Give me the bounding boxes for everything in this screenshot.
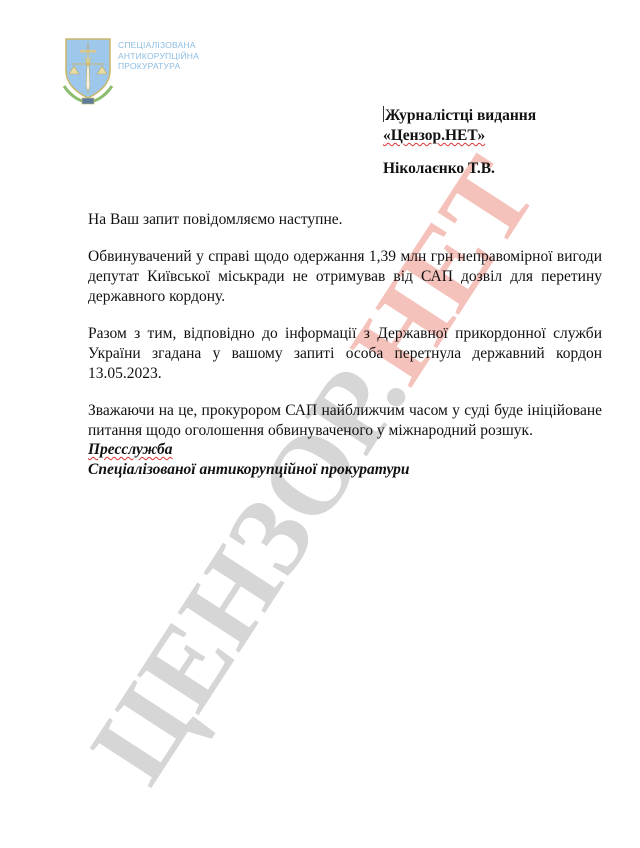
paragraph-2: Обвинувачений у справі щодо одержання 1,… xyxy=(88,247,602,307)
letter-body: На Ваш запит повідомляємо наступне. Обви… xyxy=(88,210,602,458)
addressee-block: Журналістці видання «Цензор.НЕТ» xyxy=(383,106,536,146)
signature-line-1: Пресслужба xyxy=(88,441,173,458)
logo-line-1: СПЕЦІАЛІЗОВАНА xyxy=(118,40,199,51)
paragraph-1: На Ваш запит повідомляємо наступне. xyxy=(88,210,602,230)
text-cursor xyxy=(383,106,384,122)
logo-line-3: ПРОКУРАТУРА xyxy=(118,61,199,72)
paragraph-4: Зважаючи на це, прокурором САП найближчи… xyxy=(88,401,602,441)
sap-crest-icon xyxy=(62,36,114,108)
signature-block: Пресслужба Спеціалізованої антикорупційн… xyxy=(88,440,410,480)
paragraph-3: Разом з тим, відповідно до інформації з … xyxy=(88,324,602,384)
signature-line-2: Спеціалізованої антикорупційної прокурат… xyxy=(88,460,410,480)
sap-logo: СПЕЦІАЛІЗОВАНА АНТИКОРУПЦІЙНА ПРОКУРАТУР… xyxy=(62,36,202,110)
logo-line-2: АНТИКОРУПЦІЙНА xyxy=(118,51,199,62)
addressee-person: Ніколаєнко Т.В. xyxy=(383,160,495,178)
sap-logo-text: СПЕЦІАЛІЗОВАНА АНТИКОРУПЦІЙНА ПРОКУРАТУР… xyxy=(118,40,199,72)
addressee-line-1: Журналістці видання xyxy=(385,107,536,124)
addressee-line-2: «Цензор.НЕТ» xyxy=(383,127,485,144)
